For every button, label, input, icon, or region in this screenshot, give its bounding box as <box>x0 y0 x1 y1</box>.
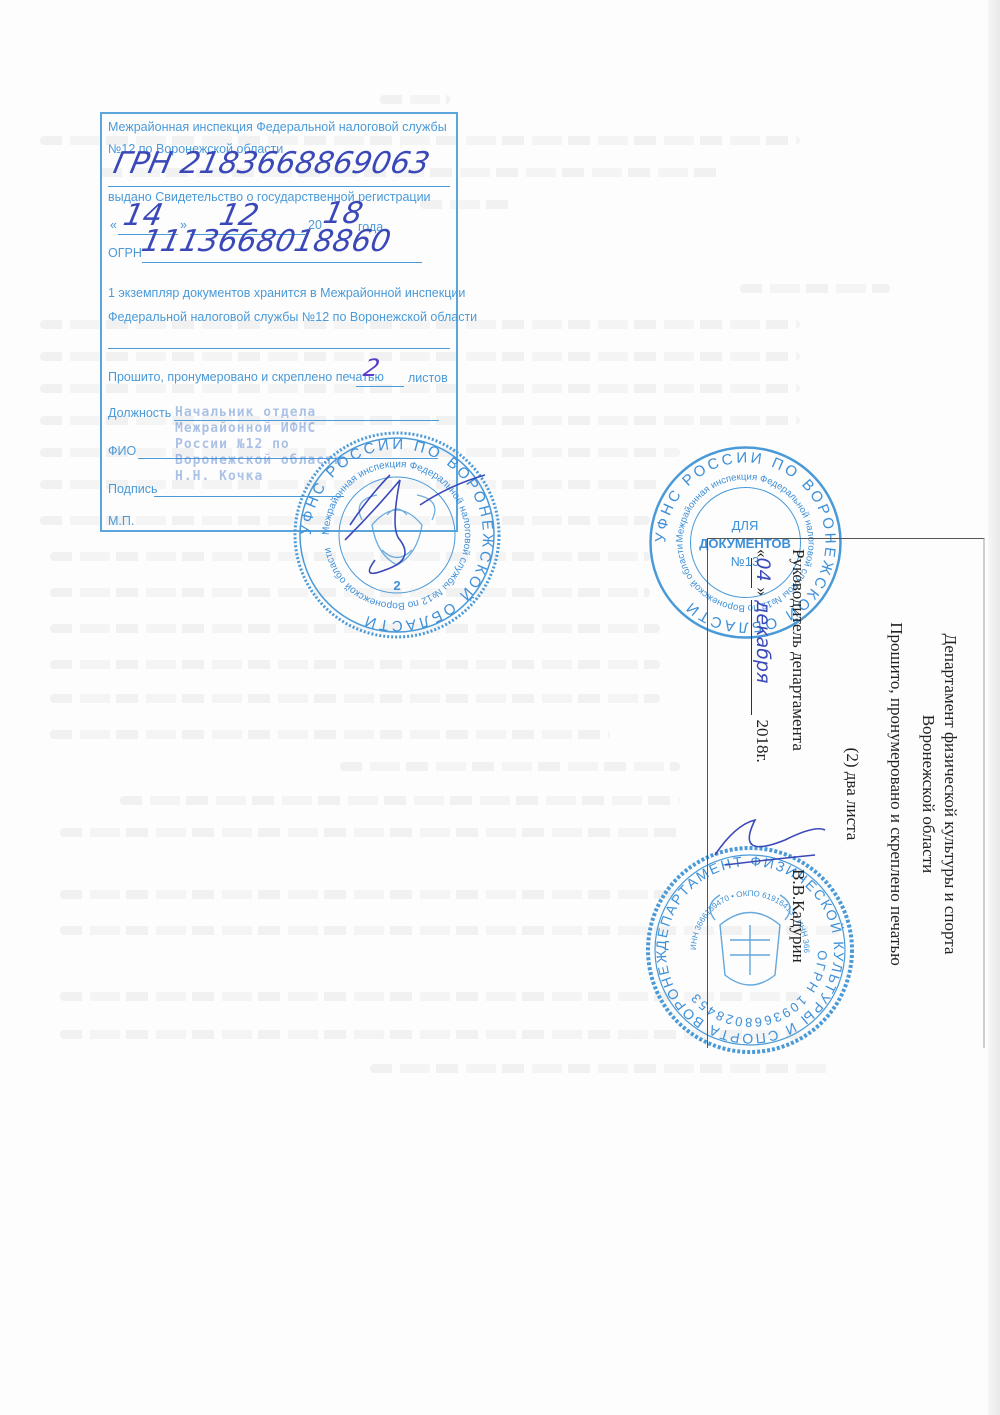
quote-open: « <box>110 218 117 232</box>
seal-place-label: М.П. <box>108 514 134 528</box>
binding-label: Департамент физической культуры и спорта… <box>707 538 985 1048</box>
page-edge <box>988 0 1000 1415</box>
position-label: Должность <box>108 406 171 420</box>
signature-label: Подпись <box>108 482 157 496</box>
svg-text:2: 2 <box>393 578 400 593</box>
ogrn-handwritten: 1113668018860 <box>138 224 394 259</box>
signer-name: В.В.Кадурин <box>788 869 808 963</box>
binding-label-content: Департамент физической культуры и спорта… <box>708 539 986 1049</box>
storage-line1: 1 экземпляр документов хранится в Межрай… <box>108 286 465 300</box>
sheet-count: (2) два листа <box>842 539 862 1049</box>
date-quote-open: « <box>753 549 772 558</box>
org-name-line2: Воронежской области <box>918 539 938 1049</box>
date-day: 04 <box>751 558 774 588</box>
date-year: 2018г. <box>753 720 772 763</box>
position-title: Руководитель департамента <box>788 549 808 751</box>
typed-line: Начальник отдела <box>175 405 375 421</box>
inspector-signature <box>330 470 490 580</box>
date-line: «04» декабря 2018г. <box>751 549 774 763</box>
svg-text:ДЛЯ: ДЛЯ <box>732 518 759 533</box>
storage-line2: Федеральной налоговой службы №12 по Воро… <box>108 310 477 324</box>
stitched-label: Прошито, пронумеровано и скреплено печат… <box>108 370 384 384</box>
stitched-text: Прошито, пронумеровано и скреплено печат… <box>886 539 906 1049</box>
ogrn-label: ОГРН <box>108 246 142 260</box>
org-name-line1: Департамент физической культуры и спорта <box>940 539 960 1049</box>
name-label: ФИО <box>108 444 136 458</box>
grn-handwritten: ГРН 2183668869063 <box>110 146 432 181</box>
stamp-header-line1: Межрайонная инспекция Федеральной налого… <box>108 120 447 134</box>
date-quote-close: » <box>753 588 772 597</box>
date-month: декабря <box>751 600 774 715</box>
sheets-word: листов <box>408 371 448 385</box>
